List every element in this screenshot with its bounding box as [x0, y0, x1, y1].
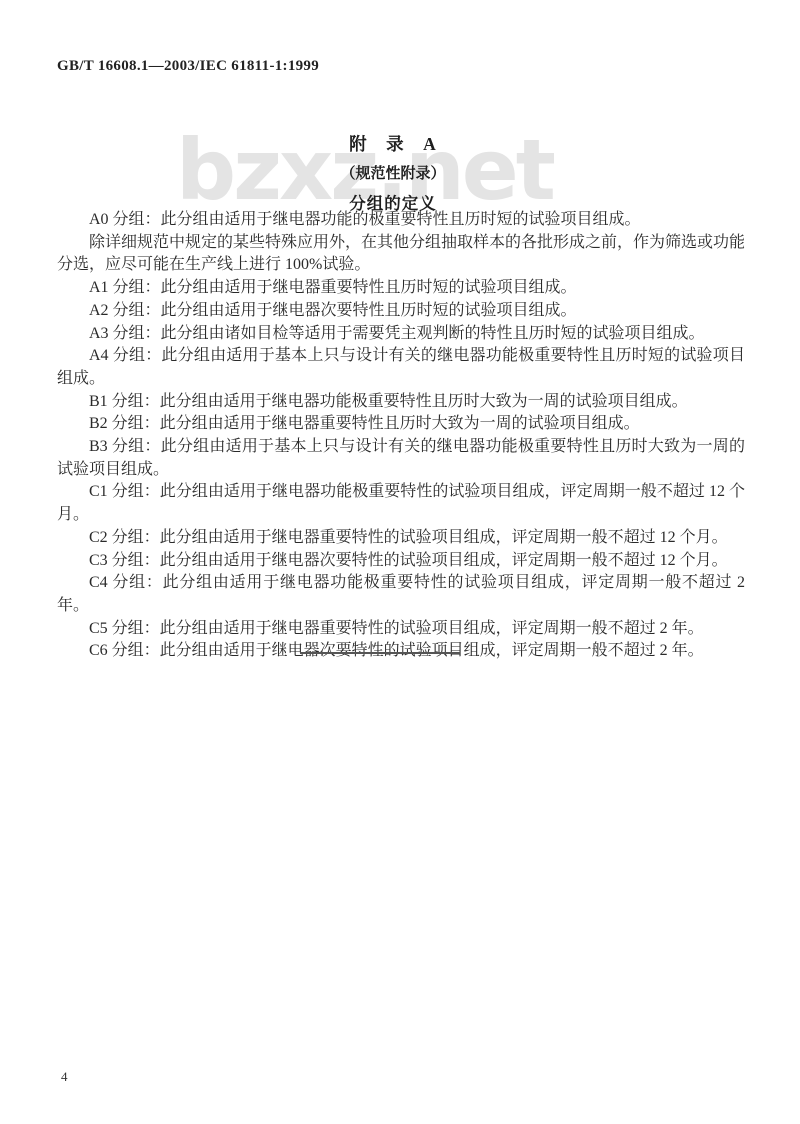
- paragraph-c3: C3 分组：此分组由适用于继电器次要特性的试验项目组成，评定周期一般不超过 12…: [57, 550, 745, 573]
- paragraph-a3: A3 分组：此分组由诸如目检等适用于需要凭主观判断的特性且历时短的试验项目组成。: [57, 323, 745, 346]
- end-of-text-rule: [300, 652, 460, 654]
- paragraph-a4: A4 分组：此分组由适用于基本上只与设计有关的继电器功能极重要特性且历时短的试验…: [57, 345, 745, 390]
- paragraph-c2: C2 分组：此分组由适用于继电器重要特性的试验项目组成，评定周期一般不超过 12…: [57, 527, 745, 550]
- page-number: 4: [61, 1069, 68, 1085]
- paragraph-c1: C1 分组：此分组由适用于继电器功能极重要特性的试验项目组成，评定周期一般不超过…: [57, 481, 745, 526]
- paragraph-screening-note: 除详细规范中规定的某些特殊应用外，在其他分组抽取样本的各批形成之前，作为筛选或功…: [57, 232, 745, 277]
- paragraph-a2: A2 分组：此分组由适用于继电器次要特性且历时短的试验项目组成。: [57, 300, 745, 323]
- body-text: A0 分组：此分组由适用于继电器功能的极重要特性且历时短的试验项目组成。 除详细…: [57, 209, 745, 663]
- paragraph-b1: B1 分组：此分组由适用于继电器功能极重要特性且历时大致为一周的试验项目组成。: [57, 391, 745, 414]
- paragraph-a1: A1 分组：此分组由适用于继电器重要特性且历时短的试验项目组成。: [57, 277, 745, 300]
- appendix-subtitle: （规范性附录）: [0, 162, 786, 183]
- appendix-title: 附 录 A: [0, 131, 786, 156]
- paragraph-c4: C4 分组：此分组由适用于继电器功能极重要特性的试验项目组成，评定周期一般不超过…: [57, 572, 745, 617]
- paragraph-a0: A0 分组：此分组由适用于继电器功能的极重要特性且历时短的试验项目组成。: [57, 209, 745, 232]
- paragraph-b3: B3 分组：此分组由适用于基本上只与设计有关的继电器功能极重要特性且历时大致为一…: [57, 436, 745, 481]
- document-page: GB/T 16608.1—2003/IEC 61811-1:1999 bzxz.…: [0, 0, 800, 1124]
- paragraph-c5: C5 分组：此分组由适用于继电器重要特性的试验项目组成，评定周期一般不超过 2 …: [57, 618, 745, 641]
- appendix-title-block: 附 录 A （规范性附录） 分组的定义: [0, 131, 786, 214]
- standard-number-header: GB/T 16608.1—2003/IEC 61811-1:1999: [57, 58, 319, 75]
- paragraph-b2: B2 分组：此分组由适用于继电器重要特性且历时大致为一周的试验项目组成。: [57, 413, 745, 436]
